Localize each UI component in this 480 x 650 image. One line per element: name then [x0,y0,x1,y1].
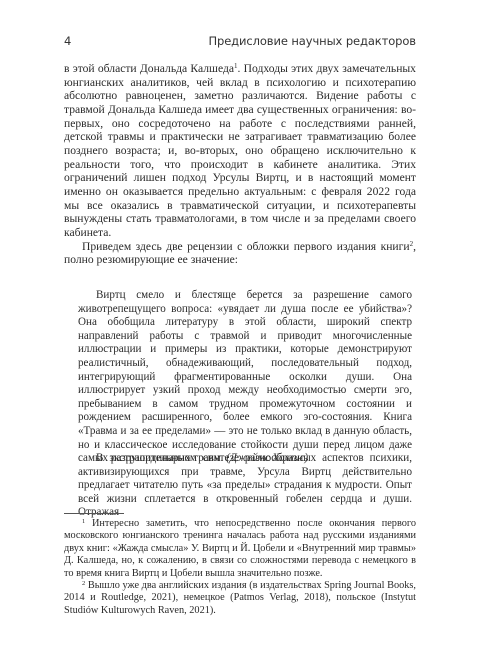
footnote-2: 2 Вышло уже два английских издания (в из… [64,580,416,617]
running-header: 4 Предисловие научных редакторов [64,34,416,48]
review-quote-1: Виртц смело и блестяще берется за разреш… [78,289,412,466]
footnote-divider [64,513,124,514]
paragraph-2: Приведем здесь две рецензии с обложки пе… [64,240,416,267]
review-quote-2: В экстраординарном синтезе разнообразных… [78,452,412,520]
quote-text: В экстраординарном синтезе разнообразных… [78,452,412,518]
main-text: в этой области Дональда Калшеда1. Подход… [64,62,416,267]
quote-text: Виртц смело и блестяще берется за разреш… [78,289,412,464]
footnote-1: 1 Интересно заметить, что непосредственн… [64,518,416,580]
footnotes: 1 Интересно заметить, что непосредственн… [64,518,416,617]
running-title: Предисловие научных редакторов [208,34,416,48]
paragraph-1: в этой области Дональда Калшеда1. Подход… [64,62,416,240]
page-number: 4 [64,34,71,48]
